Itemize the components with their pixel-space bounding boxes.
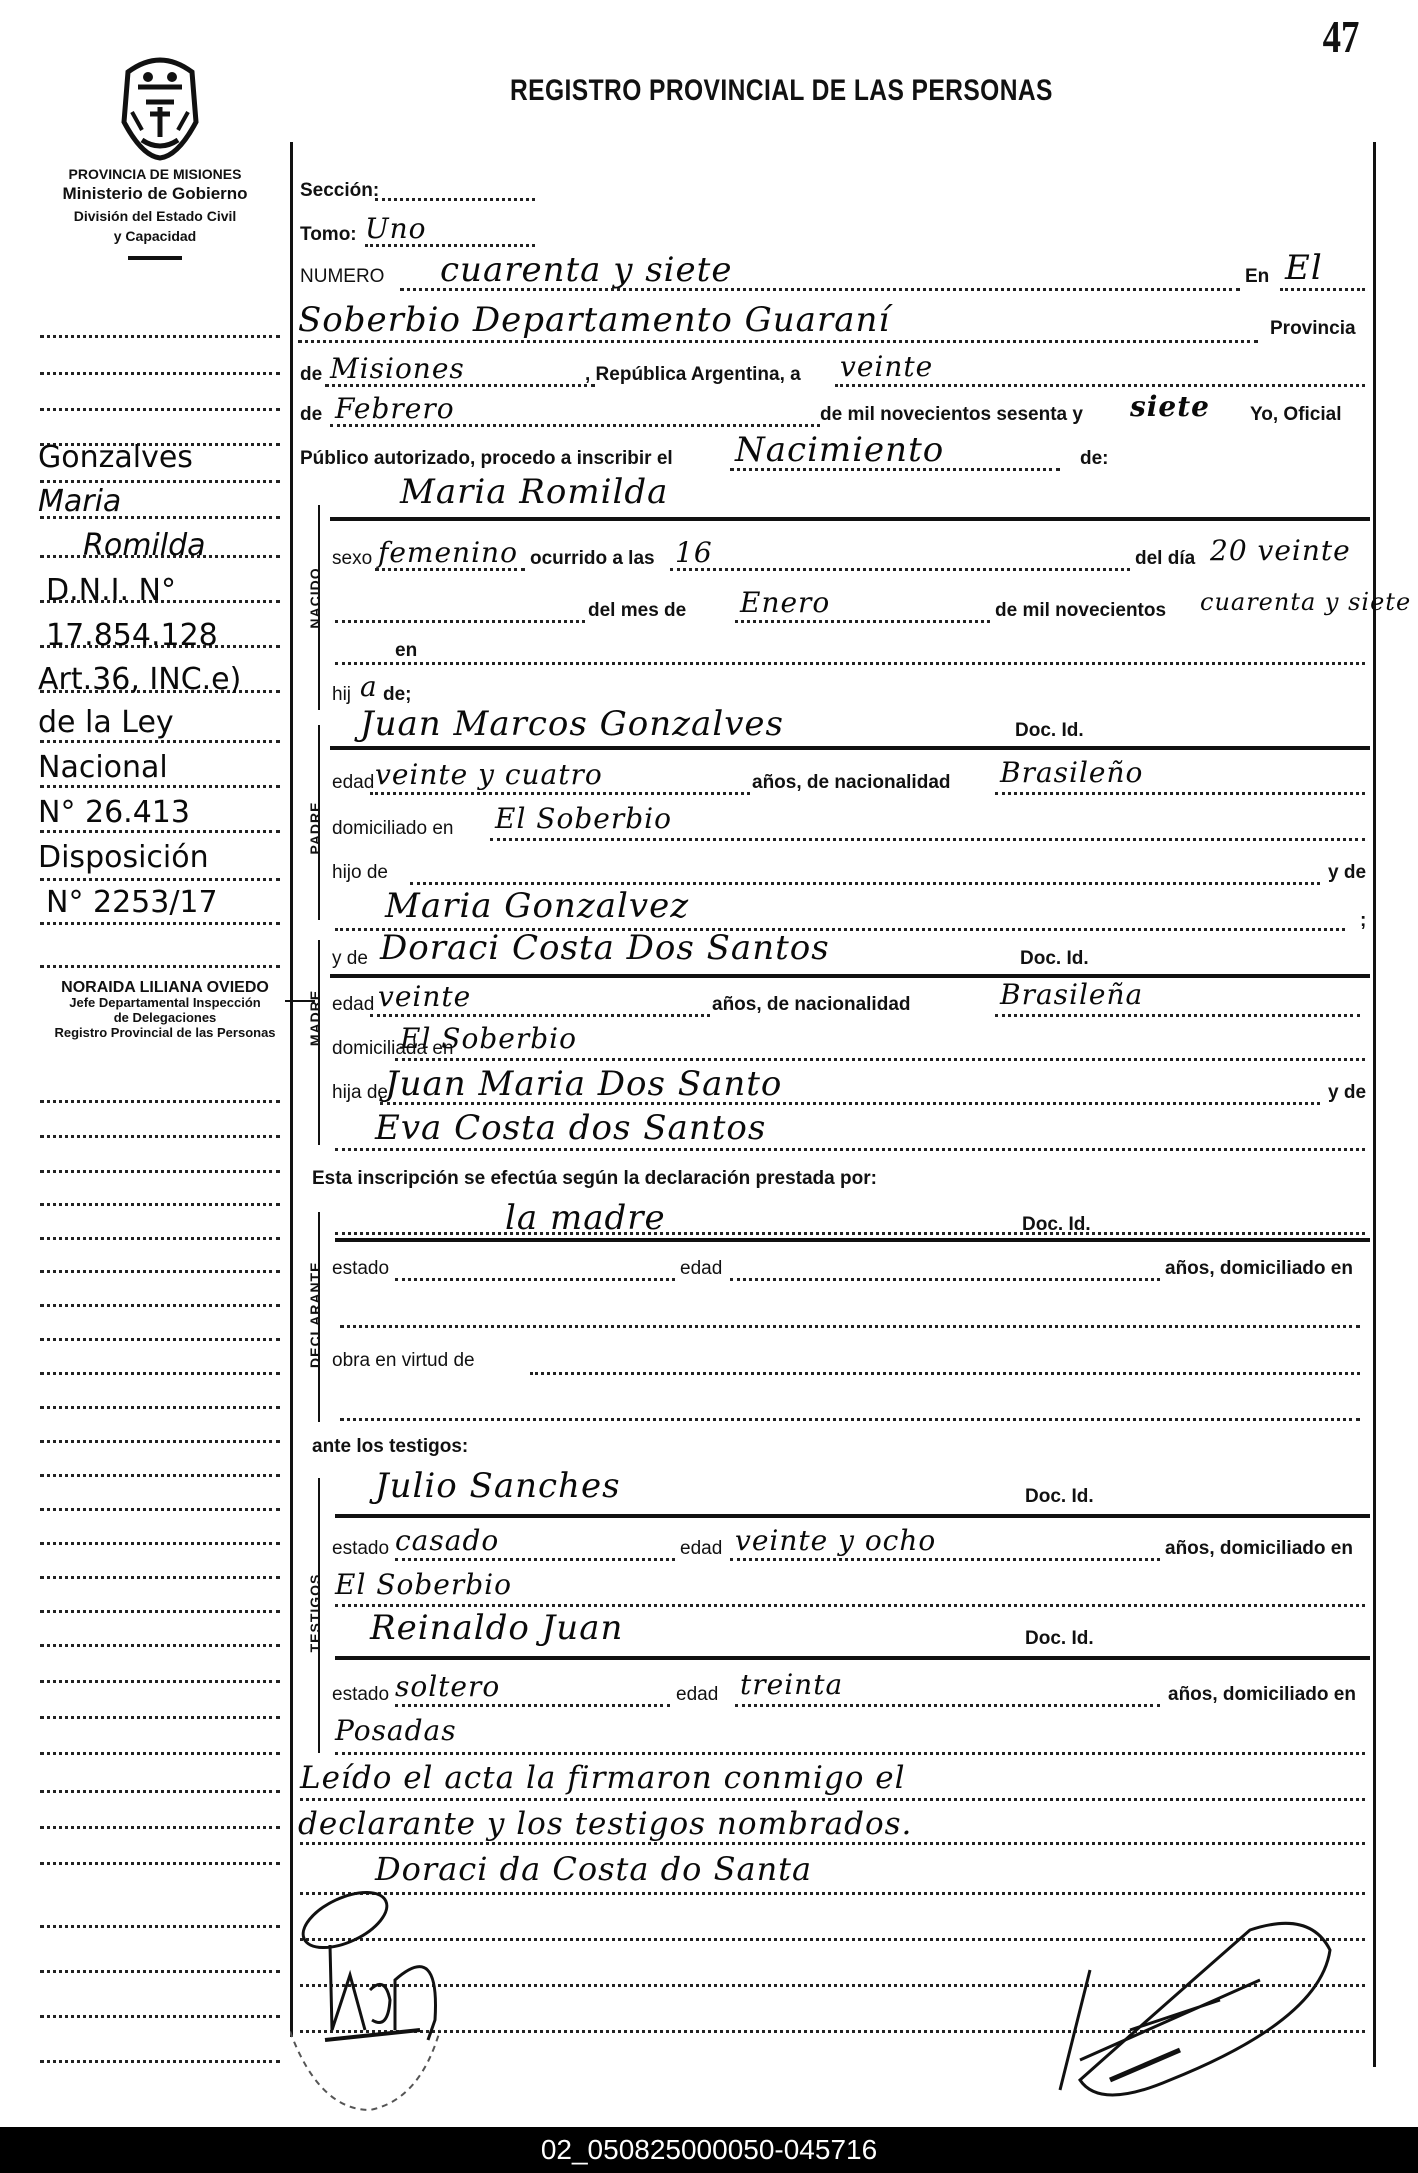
stamp-title: Jefe Departamental Inspección: [30, 995, 300, 1010]
declarante-obra-field: [530, 1372, 1360, 1375]
margin-line: [40, 1644, 280, 1647]
margin-disposicion: Disposición: [38, 840, 209, 875]
testigo-2-edad-label: edad: [676, 1684, 718, 1706]
margin-line: [40, 830, 280, 833]
nacido-name: Maria Romilda: [400, 472, 668, 512]
margin-line: [40, 1716, 280, 1719]
testigo-1-name: Julio Sanches: [375, 1466, 621, 1506]
tomo-value: Uno: [365, 212, 427, 245]
dia-cont-field: [335, 620, 585, 623]
tomo-field: [365, 244, 535, 247]
division-name-2: y Capacidad: [20, 228, 290, 244]
margin-line: [40, 1752, 280, 1755]
publico-label: Público autorizado, procedo a inscribir …: [300, 448, 673, 470]
testigo-1-estado-value: casado: [395, 1524, 499, 1557]
en-label-nacido: en: [395, 640, 417, 662]
provincia-field: [325, 384, 595, 387]
day-field: [835, 384, 1365, 387]
testigo-2-estado-label: estado: [332, 1684, 389, 1706]
sexo-label: sexo: [332, 548, 372, 570]
official-stamp: NORAIDA LILIANA OVIEDO Jefe Departamenta…: [30, 980, 300, 1040]
padre-y-de-label: y de: [1328, 862, 1366, 884]
declarante-intro: Esta inscripción se efectúa según la dec…: [312, 1168, 877, 1190]
margin-article: Art.36, INC.e): [38, 662, 241, 697]
testigo-1-edad-field: [730, 1558, 1160, 1561]
padre-name-rule: [330, 746, 1370, 750]
provincia-label: Provincia: [1270, 318, 1356, 340]
madre-edad-label: edad: [332, 994, 374, 1016]
margin-line: [40, 1542, 280, 1545]
margin-line: [40, 965, 280, 968]
margin-line: [40, 1440, 280, 1443]
margin-line: [40, 785, 280, 788]
testigo-2-domicilio-field: [335, 1752, 1365, 1755]
mes-field: [735, 620, 990, 623]
dia-value: 20 veinte: [1210, 534, 1351, 567]
declarante-doc-label: Doc. Id.: [1022, 1214, 1091, 1236]
padre-nacionalidad-value: Brasileño: [1000, 756, 1143, 789]
madre-nacionalidad-label: años, de nacionalidad: [712, 994, 911, 1016]
madre-padre-field: [380, 1102, 1320, 1105]
testigo-1-domicilio-label: años, domiciliado en: [1165, 1538, 1353, 1560]
margin-line: [40, 740, 280, 743]
padre-doc-label: Doc. Id.: [1015, 720, 1084, 742]
madre-hija-de-label: hija de: [332, 1082, 388, 1104]
testigos-intro: ante los testigos:: [312, 1436, 468, 1458]
margin-law: de la Ley: [38, 705, 174, 740]
province-name: PROVINCIA DE MISIONES: [20, 166, 290, 182]
margin-line: [40, 1372, 280, 1375]
margin-line: [40, 408, 280, 411]
place-field: [298, 340, 1258, 343]
margin-nacional: Nacional: [38, 750, 168, 785]
acta-type-field: [730, 468, 1060, 471]
republica-label: , República Argentina, a: [585, 364, 801, 386]
margin-surname: Gonzalves: [38, 440, 193, 475]
padre-semicolon: ;: [1360, 910, 1366, 932]
page-title: REGISTRO PROVINCIAL DE LAS PERSONAS: [510, 74, 1053, 108]
margin-line: [40, 2015, 280, 2018]
margin-line: [40, 1474, 280, 1477]
padre-domicilio-label: domiciliado en: [332, 818, 453, 840]
margin-line: [40, 1203, 280, 1206]
testigo-1-domicilio-value: El Soberbio: [335, 1568, 512, 1601]
declarante-domicilio-label: años, domiciliado en: [1165, 1258, 1353, 1280]
testigo-2-name-rule: [335, 1656, 1370, 1660]
testigo-1-estado-label: estado: [332, 1538, 389, 1560]
madre-domicilio-field: [395, 1058, 1365, 1061]
testigo-1-doc-label: Doc. Id.: [1025, 1486, 1094, 1508]
margin-line: [40, 1925, 280, 1928]
numero-label: NUMERO: [300, 266, 384, 288]
form-right-border: [1373, 142, 1376, 2067]
form-left-border: [290, 142, 293, 2037]
padre-edad-value: veinte y cuatro: [375, 758, 603, 791]
margin-line: [40, 1610, 280, 1613]
ministry-name: Ministerio de Gobierno: [20, 184, 290, 204]
mes-label: del mes de: [588, 600, 686, 622]
hora-value: 16: [675, 536, 713, 569]
stamp-name: NORAIDA LILIANA OVIEDO: [30, 980, 300, 995]
hij-value: a: [360, 670, 378, 703]
sexo-value: femenino: [378, 536, 518, 569]
margin-line: [40, 1970, 280, 1973]
padre-nacionalidad-field: [995, 792, 1365, 795]
margin-line: [40, 1862, 280, 1865]
place-value: Soberbio Departamento Guaraní: [298, 300, 890, 340]
sexo-field: [375, 568, 525, 571]
seccion-label: Sección:: [300, 180, 379, 202]
testigo-2-estado-value: soltero: [395, 1670, 500, 1703]
en-field: [1280, 288, 1365, 291]
declarante-obra-label: obra en virtud de: [332, 1350, 475, 1372]
nacido-name-rule: [330, 517, 1370, 521]
margin-disposicion-number: N° 2253/17: [46, 885, 218, 920]
anio-value: cuarenta y siete: [1200, 588, 1411, 616]
margin-middle-name: Romilda: [83, 528, 206, 563]
margin-line: [40, 1680, 280, 1683]
testigos-section-label: TESTIGOS: [307, 1563, 323, 1663]
margin-line: [40, 1100, 280, 1103]
acta-type-value: Nacimiento: [735, 430, 944, 470]
en-value: El: [1285, 248, 1323, 288]
official-signature-icon: [290, 1880, 530, 2120]
declarante-section-label: DECLARANTE: [307, 1268, 323, 1368]
margin-line: [40, 1135, 280, 1138]
stamp-title-2: de Delegaciones: [30, 1010, 300, 1025]
day-value: veinte: [840, 350, 933, 383]
testigo-1-estado-field: [395, 1558, 675, 1561]
declarante-name-rule: [335, 1238, 1370, 1242]
closing-field-1: [300, 1798, 1365, 1801]
madre-y-de-label: y de: [332, 948, 368, 970]
testigo-1-edad-label: edad: [680, 1538, 722, 1560]
anio-label: de mil novecientos: [995, 600, 1166, 622]
padre-edad-field: [370, 792, 750, 795]
month-field: [330, 424, 820, 427]
margin-line: [40, 1170, 280, 1173]
madre-name: Doraci Costa Dos Santos: [380, 928, 830, 968]
madre-nacionalidad-value: Brasileña: [1000, 978, 1143, 1011]
testigo-1-edad-value: veinte y ocho: [735, 1524, 936, 1557]
provincia-value: Misiones: [330, 352, 465, 385]
madre-doc-label: Doc. Id.: [1020, 948, 1089, 970]
margin-line: [40, 1406, 280, 1409]
margin-line: [40, 1508, 280, 1511]
padre-domicilio-value: El Soberbio: [495, 802, 672, 835]
header-divider: [128, 256, 182, 260]
margin-line: [40, 1826, 280, 1829]
de-label: de: [300, 364, 322, 386]
declarante-estado-field: [395, 1278, 675, 1281]
month-value: Febrero: [335, 392, 455, 425]
padre-hijo-de-label: hijo de: [332, 862, 388, 884]
margin-line: [40, 1304, 280, 1307]
padre-section-label: PADRE: [307, 788, 323, 868]
testigo-2-edad-field: [735, 1704, 1160, 1707]
declarante-estado-label: estado: [332, 1258, 389, 1280]
margin-line: [40, 1790, 280, 1793]
hij-label: hij: [332, 684, 351, 706]
margin-line: [40, 1338, 280, 1341]
madre-padre-value: Juan Maria Dos Santo: [385, 1064, 782, 1104]
numero-value: cuarenta y siete: [440, 250, 732, 290]
madre-nacionalidad-field: [995, 1014, 1360, 1017]
nacido-section-label: NACIDO: [307, 558, 323, 638]
padre-nacionalidad-label: años, de nacionalidad: [752, 772, 951, 794]
witness-signature-icon: [1020, 1910, 1350, 2110]
margin-law-number: N° 26.413: [38, 795, 190, 830]
padre-domicilio-field: [490, 838, 1365, 841]
page-number: 47: [1323, 10, 1360, 63]
madre-madre-value: Eva Costa dos Santos: [375, 1108, 766, 1148]
closing-line-2: declarante y los testigos nombrados.: [298, 1806, 912, 1842]
tomo-label: Tomo:: [300, 224, 357, 246]
margin-first-name: Maria: [38, 484, 121, 519]
dia-label: del día: [1135, 548, 1195, 570]
document-id-bar: 02_050825000050-045716: [0, 2127, 1418, 2173]
stamp-office: Registro Provincial de las Personas: [30, 1025, 300, 1040]
closing-field-2: [300, 1842, 1365, 1845]
issuing-authority: PROVINCIA DE MISIONES Ministerio de Gobi…: [20, 166, 290, 260]
margin-dni-number: 17.854.128: [46, 618, 218, 653]
declarante-edad-field: [730, 1278, 1160, 1281]
declarante-edad-label: edad: [680, 1258, 722, 1280]
margin-line: [40, 2060, 280, 2063]
padre-name: Juan Marcos Gonzalves: [360, 704, 784, 744]
mes-value: Enero: [740, 586, 830, 619]
year-label: de mil novecientos sesenta y: [820, 404, 1083, 426]
hora-field: [670, 568, 1130, 571]
margin-line: [40, 372, 280, 375]
de-label-2: de: [300, 404, 322, 426]
madre-name-rule: [330, 974, 1370, 978]
testigo-2-name: Reinaldo Juan: [370, 1608, 623, 1648]
testigo-2-estado-field: [395, 1704, 670, 1707]
madre-edad-field: [370, 1014, 710, 1017]
testigo-2-domicilio-label: años, domiciliado en: [1168, 1684, 1356, 1706]
testigo-2-doc-label: Doc. Id.: [1025, 1628, 1094, 1650]
de-colon-label: de:: [1080, 448, 1109, 470]
madre-section-label: MADRE: [307, 978, 323, 1058]
ocurrido-label: ocurrido a las: [530, 548, 655, 570]
en-place-field: [335, 662, 1365, 665]
margin-line: [40, 480, 280, 483]
madre-y-de-label-2: y de: [1328, 1082, 1366, 1104]
oficial-label: Yo, Oficial: [1250, 404, 1342, 426]
declarante-name: la madre: [505, 1198, 666, 1238]
margin-line: [40, 878, 280, 881]
madre-edad-value: veinte: [378, 980, 471, 1013]
declarante-name-field: [335, 1232, 1365, 1235]
year-value: siete: [1130, 390, 1210, 423]
testigo-1-domicilio-field: [335, 1604, 1365, 1607]
declarante-domicilio-field: [340, 1325, 1360, 1328]
seccion-field: [375, 198, 535, 201]
margin-line: [40, 335, 280, 338]
madre-madre-field: [335, 1148, 1365, 1151]
margin-line: [40, 1576, 280, 1579]
numero-field: [400, 288, 1240, 291]
padre-hijo-de-field: [410, 882, 1320, 885]
margin-dni-label: D.N.I. N°: [46, 573, 176, 608]
coat-of-arms-icon: [118, 52, 202, 162]
division-name: División del Estado Civil: [20, 208, 290, 224]
padre-padres-value: Maria Gonzalvez: [385, 886, 689, 926]
testigo-2-edad-value: treinta: [740, 1668, 843, 1701]
margin-line: [40, 922, 280, 925]
testigo-1-name-rule: [335, 1514, 1370, 1518]
en-label: En: [1245, 266, 1269, 288]
hij-de-label: de;: [383, 684, 412, 706]
margin-line: [40, 1237, 280, 1240]
declarante-obra-field-2: [340, 1418, 1360, 1421]
closing-line-1: Leído el acta la firmaron conmigo el: [300, 1760, 906, 1796]
testigo-2-domicilio-value: Posadas: [335, 1714, 457, 1747]
margin-line: [40, 1270, 280, 1273]
padre-edad-label: edad: [332, 772, 374, 794]
madre-domicilio-value: El Soberbio: [400, 1022, 577, 1055]
